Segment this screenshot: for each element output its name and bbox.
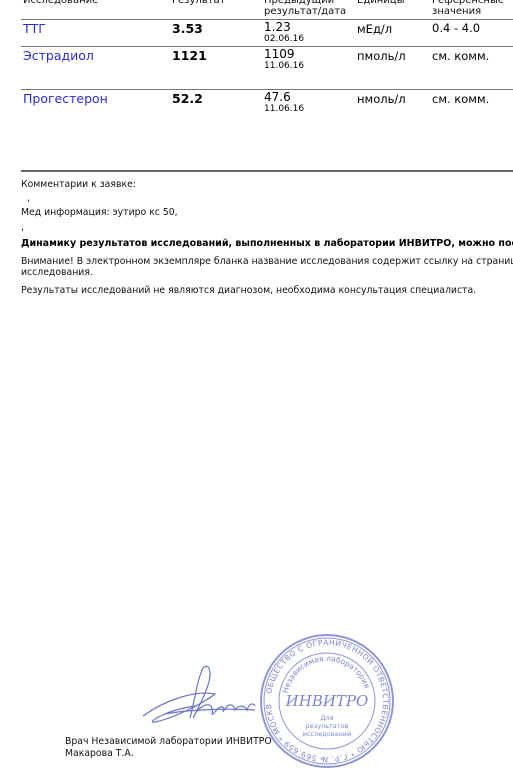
reference: 0.4 - 4.0 xyxy=(432,21,480,35)
previous-value: 1.23 xyxy=(264,21,304,34)
stamp: ОБЩЕСТВО С ОГРАНИЧЕННОЙ ОТВЕТСТВЕННОСТЬЮ… xyxy=(258,632,396,770)
header-previous-2: результат/дата xyxy=(264,6,346,17)
previous-result: 47.6 11.06.16 xyxy=(264,91,304,114)
test-name-link[interactable]: ТТГ xyxy=(23,21,46,36)
previous-value: 1109 xyxy=(264,48,304,61)
med-info: Мед информация: эутиро кс 50, xyxy=(21,207,178,218)
comments-line: , xyxy=(27,193,30,204)
comments-title: Комментарии к заявке: xyxy=(21,179,136,190)
previous-date: 11.06.16 xyxy=(264,61,304,71)
header-result: Результат xyxy=(172,0,225,6)
svg-text:Для: Для xyxy=(320,714,333,722)
previous-value: 47.6 xyxy=(264,91,304,104)
reference: см. комм. xyxy=(432,49,489,63)
previous-result: 1109 11.06.16 xyxy=(264,48,304,71)
header-reference-2: значения xyxy=(432,6,481,17)
svg-text:ИНВИТРО: ИНВИТРО xyxy=(285,692,369,710)
header-units: Единицы xyxy=(357,0,404,6)
signature-icon xyxy=(135,660,265,730)
svg-text:результатов: результатов xyxy=(306,722,349,730)
units: мЕд/л xyxy=(357,22,392,36)
previous-result: 1.23 02.06.16 xyxy=(264,21,304,44)
stamp-icon: ОБЩЕСТВО С ОГРАНИЧЕННОЙ ОТВЕТСТВЕННОСТЬЮ… xyxy=(258,632,396,770)
svg-text:исследований: исследований xyxy=(303,730,352,738)
previous-date: 02.06.16 xyxy=(264,34,304,44)
units: нмоль/л xyxy=(357,92,406,106)
attention-note-cont: исследования. xyxy=(21,267,93,278)
disclaimer-note: Результаты исследований не являются диаг… xyxy=(21,285,476,296)
previous-date: 11.06.16 xyxy=(264,104,304,114)
attention-text: Внимание! В электронном экземпляре бланк… xyxy=(21,256,513,267)
units: пмоль/л xyxy=(357,49,406,63)
svg-text:Независимая лаборатория: Независимая лаборатория xyxy=(281,654,372,694)
result-value: 3.53 xyxy=(172,21,203,36)
result-value: 52.2 xyxy=(172,91,203,106)
dynamics-note: Динамику результатов исследований, выпол… xyxy=(21,238,513,249)
test-name-link[interactable]: Эстрадиол xyxy=(23,48,94,63)
header-test: Исследование xyxy=(23,0,98,6)
table-bottom-divider xyxy=(21,170,513,172)
doctor-role: Врач Независимой лаборатории ИНВИТРО xyxy=(65,736,272,747)
doctor-name: Макарова Т.А. xyxy=(65,748,134,759)
result-value: 1121 xyxy=(172,48,207,63)
attention-note: Внимание! В электронном экземпляре бланк… xyxy=(21,256,513,267)
test-name-link[interactable]: Прогестерон xyxy=(23,91,108,106)
reference: см. комм. xyxy=(432,92,489,106)
comments-line: , xyxy=(21,222,24,233)
